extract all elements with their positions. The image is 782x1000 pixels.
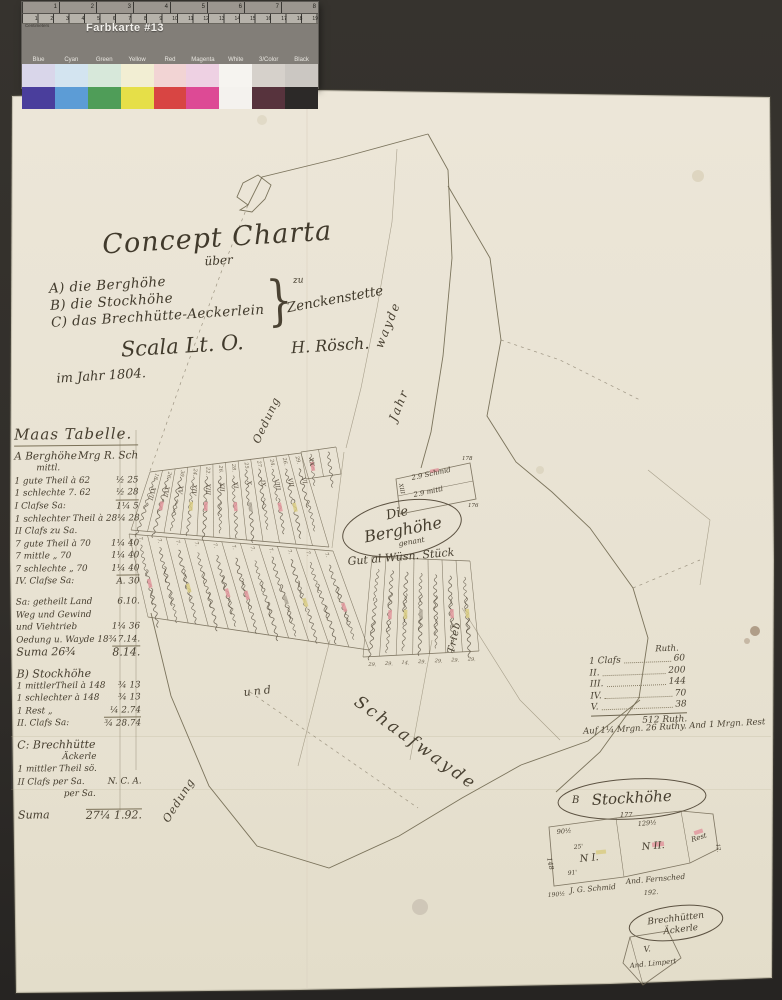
strip-bottom-number: 29. [367,661,377,668]
class-shade-tick [189,502,193,511]
dotted-leader [624,654,671,664]
color-swatch-column [22,64,55,109]
class-shade-tick [388,610,392,619]
stockhoehe-oval-letter: B [571,795,579,806]
measurement-row-value: ¾ 13 [118,692,141,705]
ruler-centimeters: 12345678910111213141516171819 [22,14,318,24]
pastel-swatch [186,64,219,87]
pastel-swatch [154,64,187,87]
strip-numeral: XIV [190,483,198,496]
ruler-number: 7 [244,2,281,13]
measurement-row: 1 schlechter Theil à 28¼ 28 [15,512,139,526]
color-card-column-labels: BlueCyanGreenYellowRedMagentaWhite3/Colo… [22,57,318,63]
class-value: 144 [669,676,687,688]
measurement-row-value: 8.14. [112,645,140,659]
parcel-measure: 91' [567,869,577,877]
measurement-row: A BerghöheMrg R. Sch [14,449,138,463]
strip-numeral: XII [218,481,225,492]
measurement-row-value: ¾ 28.74 [104,716,141,730]
measurement-row-text: 1 schlechter à 148 [17,692,100,705]
strip-measure: 22. [204,466,210,475]
ruler-number: 15 [240,14,256,23]
ruler-number: 8 [281,2,318,13]
class-shade-tick [465,609,469,618]
class-value: 60 [673,653,685,665]
color-column-label: Green [88,57,121,63]
parcel-measure: 90½ [556,827,571,836]
scanned-map-stage: XVII18.XVI26.XV30.XIV24.XIII22.XII26.XI2… [0,0,782,1000]
measurement-row-text: I Clafse Sa: [15,500,66,514]
ruler-number: 1 [22,2,59,13]
color-swatch-column [252,64,285,109]
saturated-swatch [22,87,55,110]
ruler-number: 14 [225,14,241,23]
ruler-number: 3 [96,2,133,13]
ruler-number: 11 [178,14,194,23]
measurement-row: II Clafs per Sa.N. C. A. [18,775,142,789]
color-swatch-column [88,64,121,109]
color-column-label: Red [154,57,187,63]
strip-measure: 25. [243,461,250,471]
class-shade-tick [204,502,208,511]
saturated-swatch [252,87,285,110]
color-swatch-column [154,64,187,109]
measurement-row: I Clafse Sa:1¼ 5 [15,499,139,514]
class-label: V. [591,702,599,714]
measurement-row: IV. Clafse Sa:A. 30 [15,574,139,589]
measurement-table-rows: A BerghöheMrg R. Schmittl.1 gute Theil à… [14,449,142,822]
pastel-swatch [252,64,285,87]
saturated-swatch [186,87,219,110]
dotted-leader [601,700,672,710]
strip-bottom-number: 29. [384,661,394,668]
ruler-number: 19 [302,14,318,23]
measurement-row-value: ¾ 13 [118,679,141,692]
pastel-swatch [22,64,55,87]
title-cartouche: Concept Charta über A) die Berghöhe B) d… [34,211,423,388]
color-swatch-column [186,64,219,109]
strip-bottom-number: 29. [433,658,443,665]
measurement-row: Suma27¼ 1.92. [18,808,142,823]
measurement-row-value: ½ 25 [116,474,139,487]
measurement-row: Sa: getheilt Land6.10. [16,596,140,610]
ruler-number: 10 [162,14,178,23]
strip-bottom-number: 29. [450,657,460,664]
strip-measure: 24. [191,467,198,477]
title-zu: zu [293,275,304,286]
color-swatch-column [121,64,154,109]
class-value: 70 [675,688,687,700]
measurement-row-text: per Sa. [64,788,96,801]
measurement-row-text: II. Clafs Sa: [17,717,69,731]
measurement-row-value: 1¼ 40 [111,562,139,575]
measurement-row-text: IV. Clafse Sa: [15,575,74,589]
ruler-number: 1 [22,14,38,23]
dotted-leader [605,688,672,698]
measurement-row-text: mittl. [36,463,60,476]
color-calibration-card: 12345678 12345678910111213141516171819 C… [22,2,318,88]
ruler-number: 2 [38,14,54,23]
class-label: IV. [590,691,602,703]
measurement-row-text: 1 schlechte 7. 62 [15,487,91,500]
strip-bottom-number: 29. [417,659,427,666]
saturated-swatch [55,87,88,110]
ruler-number: 4 [133,2,170,13]
measurement-row-text: B) Stockhöhe [16,667,91,680]
measurement-row-text: 7 gute Theil à 70 [15,538,91,551]
ruler-number: 17 [271,14,287,23]
pastel-swatch [55,64,88,87]
class-label: II. [589,668,599,680]
measurement-row-text: 1 mittlerTheil à 148 [17,680,106,693]
ruler-number: 13 [209,14,225,23]
color-column-label: 3/Color [252,57,285,63]
measurement-row-text: 1 mittler Theil sö. [17,763,96,776]
class-shade-tick [419,610,423,619]
dotted-leader [606,677,666,687]
saturated-swatch [285,87,318,110]
measurement-row: Suma 26¾8.14. [16,645,140,660]
measurement-table: Maas Tabelle. A BerghöheMrg R. Schmittl.… [14,424,142,822]
measurement-row-text: 1 schlechter Theil à 28 [15,513,117,526]
color-column-label: Black [285,57,318,63]
parcel-measure: 192. [644,888,659,897]
measurement-row-text: Sa: getheilt Land [16,596,93,609]
color-column-label: Blue [22,57,55,63]
color-column-label: White [219,57,252,63]
pastel-swatch [219,64,252,87]
saturated-swatch [154,87,187,110]
saturated-swatch [121,87,154,110]
class-shade-tick [233,502,237,511]
color-swatch-column [285,64,318,109]
class-area-table: Ruth. 1 Clafs60II.200III.144IV.70V.38 51… [589,643,688,727]
pastel-swatch [285,64,318,87]
class-label: III. [590,679,604,691]
strip-measure: 26. [217,464,223,474]
measurement-row-text: 1 Rest „ [17,705,53,718]
color-swatch-column [219,64,252,109]
measurement-row-text: Äckerle [62,751,96,764]
strip-numeral: XI [231,480,239,489]
measurement-row-text: C: Brechhütte [17,738,95,751]
measurement-row-value: N. C. A. [108,775,142,788]
saturated-swatch [88,87,121,110]
parcel-measure: 176 [468,503,479,509]
measurement-row-value: Mrg R. Sch [78,449,138,462]
color-column-label: Yellow [121,57,154,63]
pastel-swatch [88,64,121,87]
ruler-number: 18 [287,14,303,23]
class-shade-tick [404,610,408,619]
ruler-number: 6 [207,2,244,13]
color-column-label: Cyan [55,57,88,63]
strip-bottom-number: 29. [467,656,477,663]
ruler-number: 5 [170,2,207,13]
dotted-leader [602,666,665,676]
strip-measure: 28. [230,463,237,473]
strip-numeral: XV [176,484,184,495]
measurement-row-text: Suma [18,809,50,823]
measurement-row-text: und Viehtrieb [16,621,77,634]
measurement-row: II. Clafs Sa:¾ 28.74 [17,716,141,731]
color-card-title: Farbkarte #13 [86,22,164,34]
ruler-number: 3 [53,14,69,23]
color-swatch-column [55,64,88,109]
parcel-measure: 129½ [637,818,656,828]
class-value: 38 [675,699,687,711]
class-value: 200 [668,665,686,677]
pastel-swatch [121,64,154,87]
measurement-row-text: 1 gute Theil à 62 [14,475,90,488]
measurement-table-title: Maas Tabelle. [14,424,138,446]
measurement-row-value: 7.14. [118,633,141,646]
strip-numeral: XIII [204,482,211,495]
ruler-inches: 12345678 [22,2,318,14]
saturated-swatch [219,87,252,110]
strip-bottom-number: 14. [401,660,410,667]
ruler-unit-label: Centimeters [25,23,49,28]
measurement-row-value: A. 30 [116,574,139,588]
measurement-row-text: 7 schlechte „ 70 [15,563,87,576]
measurement-row-value: 1¼ 36 [112,621,140,634]
ruler-number: 16 [256,14,272,23]
ruler-number: 2 [59,2,96,13]
parcel-number-label: N II. [640,840,665,853]
color-column-label: Magenta [186,57,219,63]
measurement-row-text: Suma 26¾ [16,646,76,660]
parcel-measure: 177 [620,811,633,819]
parcel-measure: 25' [572,843,583,851]
measurement-row-value: 1¼ 40 [111,537,139,550]
measurement-row: per Sa. [18,787,142,801]
measurement-row-text: 7 mittle „ 70 [15,550,71,563]
parcel-number-label: V. [643,944,651,954]
measurement-row-text: A Berghöhe [14,450,77,463]
measurement-row-value: ½ 28 [116,487,139,500]
measurement-row-value: 1¼ 40 [111,550,139,563]
measurement-row-text: II Clafs per Sa. [18,776,85,789]
class-shade-tick [450,609,454,618]
color-card-swatches [22,64,318,109]
measurement-row-value: 6.10. [117,596,140,609]
strip-measure: 30. [178,470,185,479]
measurement-row-value: 1¼ 5 [116,499,139,513]
parcel-number-label: N I. [578,852,599,865]
parcel-measure: 178 [462,456,473,462]
ruler-number: 12 [193,14,209,23]
ruler-number: 4 [69,14,85,23]
measurement-row-value: 27¼ 1.92. [86,808,142,822]
measurement-row-text: II Clafs zu Sa. [15,525,77,538]
measurement-row-value: ¼ 28 [117,512,140,525]
measurement-row-value: ¼ 2.74 [110,704,141,717]
measurement-row-text: Weg und Gewind [16,609,92,622]
